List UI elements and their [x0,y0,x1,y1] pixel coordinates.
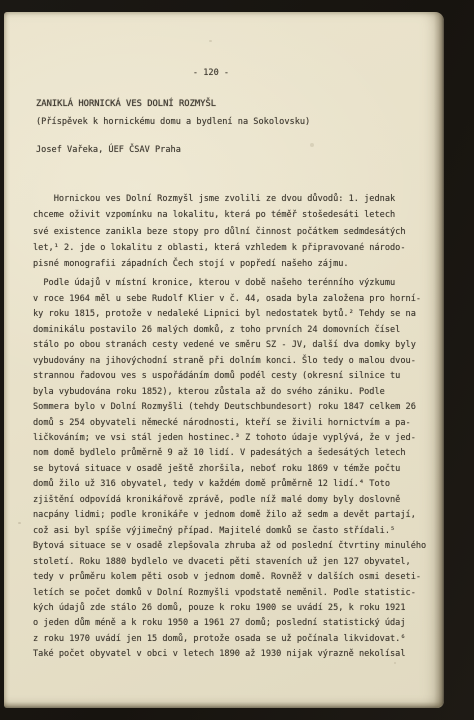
text-line: dominikálu postavilo 26 malých domků, z … [33,323,433,338]
text-line: kých údajů zde stálo 26 domů, pouze k ro… [33,601,433,616]
scan-speck [209,40,212,42]
text-line: domů žilo už 316 obyvatel, tedy v každém… [33,477,433,492]
text-line: ky roku 1815, protože v nedaleké Lipnici… [33,307,433,322]
text-line: chceme oživit vzpomínku na lokalitu, kte… [33,207,433,223]
page-bottom-edge-shading [4,702,442,708]
text-line: zjištění odpovídá kronikářově zprávě, po… [33,493,433,508]
scanned-page-view: { "document": { "page_number": "- 120 -"… [0,0,474,720]
text-line: své existence zanikla beze stopy pro důl… [33,224,433,240]
scan-speck [18,522,21,524]
text-line: let,¹ 2. jde o lokalitu z oblasti, která… [33,240,433,256]
body-text: Hornickou ves Dolní Rozmyšl jsme zvolili… [33,191,433,663]
text-line: pisné monografii západních Čech stojí v … [33,256,433,272]
text-line: Hornickou ves Dolní Rozmyšl jsme zvolili… [33,191,433,207]
text-line: Také počet obyvatel v obci v letech 1890… [33,647,433,662]
text-line: století. Roku 1880 bydlelo ve dvaceti pě… [33,555,433,570]
text-line: strannou řadovou ves s uspořádáním domů … [33,369,433,384]
text-line: stálo po obou stranách cesty vedené ve s… [33,338,433,353]
paper-subtitle: (Příspěvek k hornickému domu a bydlení n… [36,117,310,127]
text-line: Sommera bylo v Dolní Rozmyšli (tehdy Deu… [33,400,433,415]
text-line: domů s 254 obyvateli německé národnosti,… [33,416,433,431]
text-line: o jeden dům méně a k roku 1950 a 1961 27… [33,616,433,631]
text-line: z roku 1970 uvádí jen 15 domů, protože o… [33,632,433,647]
text-line: vybudovány na jihovýchodní straně při do… [33,354,433,369]
book-fore-edge [434,12,444,708]
author-affiliation: Josef Vařeka, ÚEF ČSAV Praha [36,145,181,155]
text-line: letích se počet domků v Dolní Rozmyšli v… [33,586,433,601]
text-line: nacpány lidmi; podle kronikáře v jednom … [33,508,433,523]
text-line: ličkováním; ve vsi stál jeden hostinec.³… [33,431,433,446]
text-line: Podle údajů v místní kronice, kterou v d… [33,276,433,291]
paragraph: Hornickou ves Dolní Rozmyšl jsme zvolili… [33,191,433,272]
paragraph: Podle údajů v místní kronice, kterou v d… [33,276,433,662]
text-line: se bytová situace v osadě ještě zhoršila… [33,462,433,477]
scan-speck [394,662,396,664]
page-number: - 120 - [4,68,418,78]
paper-title: ZANIKLÁ HORNICKÁ VES DOLNÍ ROZMYŠL [36,99,216,109]
text-line: v roce 1964 měl u sebe Rudolf Klier v č.… [33,292,433,307]
text-line: tedy v průměru kolem pěti osob v jednom … [33,570,433,585]
scan-speck [310,143,314,147]
text-line: nom domě bydlelo průměrně 9 až 10 lidí. … [33,446,433,461]
paper-page: - 120 - ZANIKLÁ HORNICKÁ VES DOLNÍ ROZMY… [4,12,444,708]
text-line: Bytová situace se v osadě zlepšovala zhr… [33,539,433,554]
text-line: což asi byl spíše výjimečný případ. Maji… [33,524,433,539]
text-line: byla vybudována roku 1852), kterou zůsta… [33,385,433,400]
